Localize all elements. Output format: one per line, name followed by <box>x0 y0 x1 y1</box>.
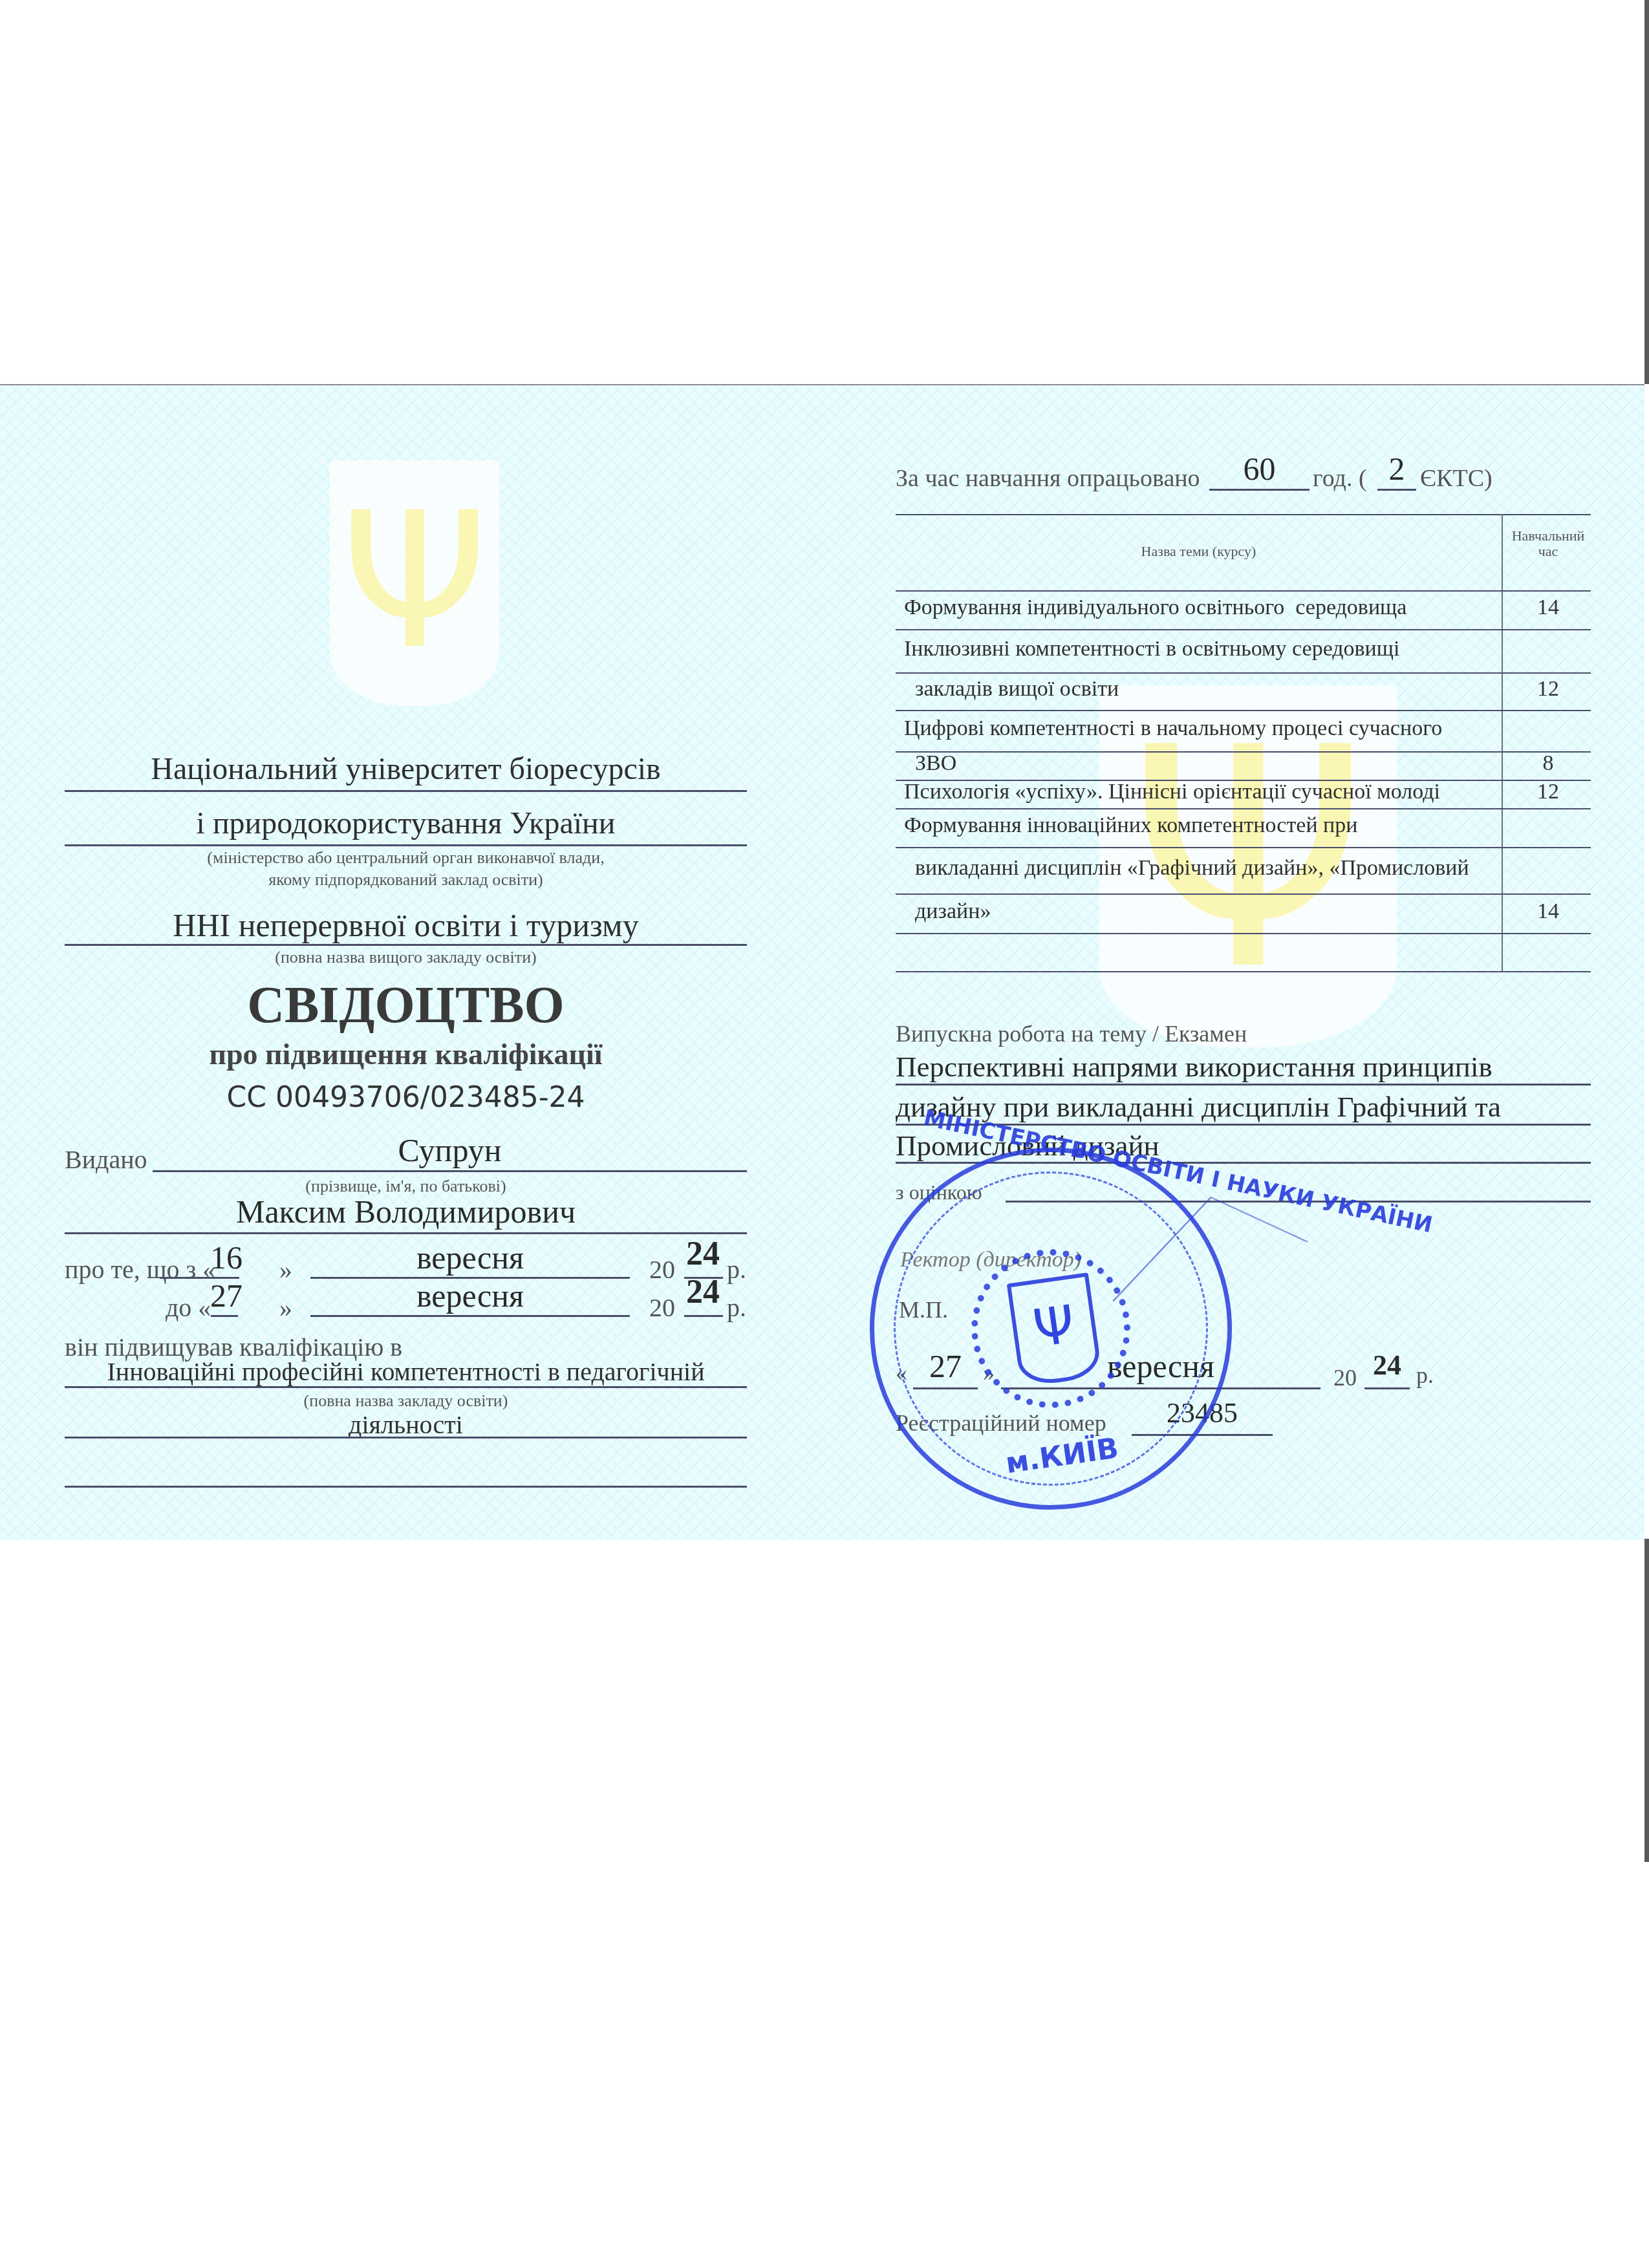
table-row-divider <box>896 893 1591 895</box>
underline <box>896 1084 1591 1086</box>
underline <box>65 1386 747 1388</box>
hours-prefix: За час навчання опрацьовано <box>896 464 1200 493</box>
table-row-hours: 12 <box>1503 780 1593 804</box>
table-row-divider <box>896 710 1591 711</box>
issued-label: Видано <box>65 1144 147 1175</box>
table-row-divider <box>896 847 1591 848</box>
from-label: про те, що з « <box>65 1254 215 1285</box>
certificate-subtitle: про підвищення кваліфікації <box>65 1037 747 1071</box>
qualification-line-2: діяльності <box>65 1409 747 1440</box>
header-hours-1: Навчальний <box>1503 528 1593 544</box>
to-year: 24 <box>680 1273 726 1311</box>
table-row-topic: дизайн» <box>904 899 991 924</box>
table-row-topic: Формування інноваційних компетентностей … <box>904 813 1357 838</box>
institution-line-2: і природокористування України <box>65 806 747 841</box>
ministry-caption-2: якому підпорядкований заклад освіти) <box>65 870 747 890</box>
table-row-topic: закладів вищої освіти <box>904 677 1119 701</box>
table-row-topic: Психологія «успіху». Ціннісні орієнтації… <box>904 780 1440 804</box>
certificate-number: СС 00493706/023485-24 <box>65 1081 747 1114</box>
from-day: 16 <box>207 1239 246 1276</box>
underline <box>1377 489 1416 491</box>
scanner-edge-top <box>1644 0 1649 384</box>
table-row-hours: 8 <box>1503 751 1593 776</box>
issue-year-suffix: р. <box>1416 1362 1434 1389</box>
recipient-given-names: Максим Володимирович <box>65 1193 747 1230</box>
certificate-title: СВІДОЦТВО <box>65 976 747 1035</box>
underline <box>1209 489 1309 491</box>
qualification-caption: (повна назва закладу освіти) <box>65 1391 747 1411</box>
institute-caption: (повна назва вищого закладу освіти) <box>65 948 747 967</box>
hours-value: 60 <box>1209 450 1309 487</box>
table-row-topic: Формування індивідуального освітнього се… <box>904 595 1406 620</box>
table-row-divider <box>896 751 1591 753</box>
to-day: 27 <box>207 1277 246 1314</box>
stamp-coat-of-arms-icon: Ψ <box>1007 1272 1103 1387</box>
scanner-edge-bottom <box>1644 1539 1649 1862</box>
underline <box>310 1315 630 1317</box>
trident-icon: Ψ <box>330 478 499 685</box>
table-row-hours: 14 <box>1503 899 1593 924</box>
ects-suffix: ЄКТС) <box>1420 464 1493 493</box>
ministry-caption-1: (міністерство або центральний орган вико… <box>65 848 747 868</box>
table-border-top <box>896 514 1591 515</box>
table-row-divider <box>896 808 1591 809</box>
table-row-topic: викладанні дисциплін «Графічний дизайн»,… <box>904 856 1469 881</box>
header-topic: Назва теми (курсу) <box>896 543 1502 560</box>
institute-name: ННІ неперервної освіти і туризму <box>65 906 747 944</box>
table-row-topic: Цифрові компетентності в начальному проц… <box>904 716 1442 741</box>
to-label: до « <box>166 1292 211 1323</box>
underline <box>65 1486 747 1488</box>
century: 20 <box>649 1254 675 1285</box>
table-row-divider <box>896 672 1591 674</box>
underline <box>1364 1387 1410 1389</box>
year-suffix: р. <box>727 1254 746 1285</box>
from-year: 24 <box>680 1235 726 1273</box>
quote-close: » <box>279 1292 292 1323</box>
final-work-label: Випускна робота на тему / Екзамен <box>896 1020 1247 1047</box>
hours-unit: год. ( <box>1313 464 1367 493</box>
table-row-divider <box>896 629 1591 630</box>
to-month: вересня <box>310 1277 630 1314</box>
ects-value: 2 <box>1374 450 1419 487</box>
issue-year: 24 <box>1364 1349 1410 1382</box>
quote-close: » <box>279 1254 292 1285</box>
table-header-bottom <box>896 590 1591 592</box>
header-hours-2: час <box>1503 543 1593 560</box>
final-work-line-1: Перспективні напрями використання принци… <box>896 1050 1493 1084</box>
institution-line-1: Національний університет біоресурсів <box>65 751 747 787</box>
table-row-hours: 14 <box>1503 595 1593 620</box>
underline <box>684 1315 723 1317</box>
year-suffix: р. <box>727 1292 746 1323</box>
table-row-divider <box>896 971 1591 972</box>
table-row-topic: ЗВО <box>904 751 956 776</box>
underline <box>211 1315 238 1317</box>
underline <box>65 790 747 792</box>
underline <box>153 1170 747 1172</box>
underline <box>65 1437 747 1439</box>
table-row-divider <box>896 933 1591 934</box>
qualification-line-1: Інноваційні професійні компетентності в … <box>65 1356 747 1387</box>
underline <box>65 944 747 946</box>
underline <box>65 844 747 846</box>
century: 20 <box>649 1292 675 1323</box>
issue-century: 20 <box>1333 1364 1357 1391</box>
recipient-surname: Супрун <box>153 1131 747 1169</box>
table-row-topic: Інклюзивні компетентності в освітньому с… <box>904 637 1399 661</box>
from-month: вересня <box>310 1239 630 1276</box>
underline <box>65 1232 747 1234</box>
table-row-hours: 12 <box>1503 677 1593 701</box>
